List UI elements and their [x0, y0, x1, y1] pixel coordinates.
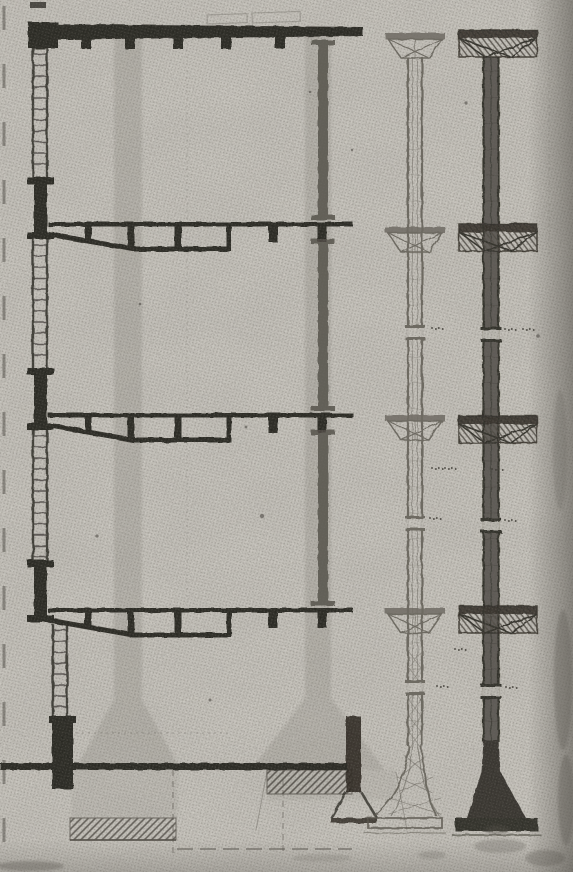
drawing-canvas	[0, 0, 573, 872]
grain-overlay	[0, 0, 573, 872]
scanned-drawing-page	[0, 0, 573, 872]
bottom-edge-shadow	[0, 840, 573, 872]
right-edge-shadow	[528, 0, 573, 872]
